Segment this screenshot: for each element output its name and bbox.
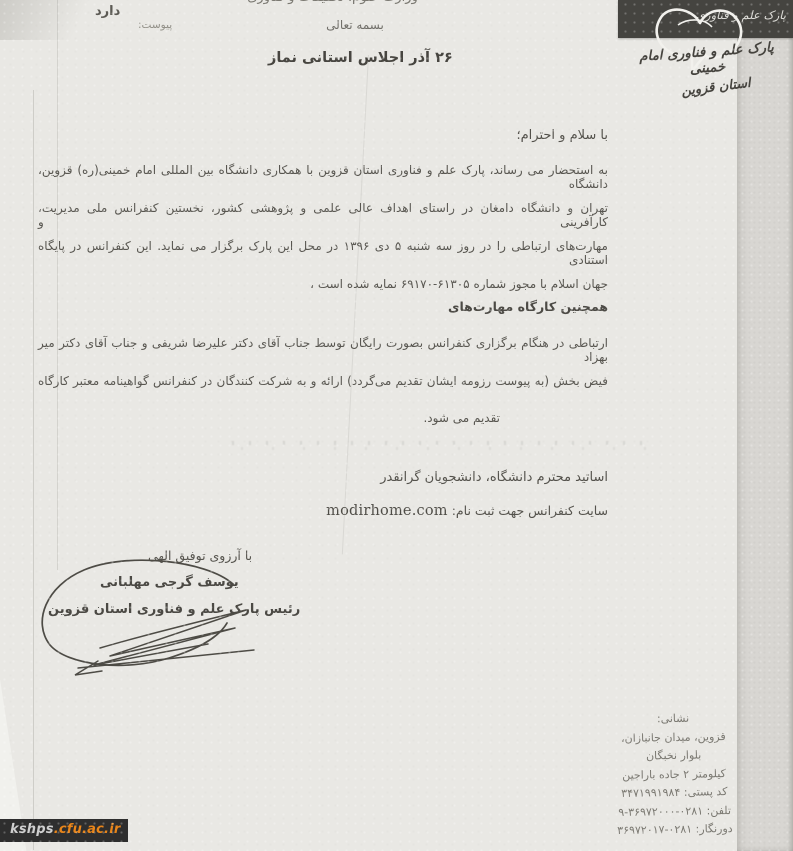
body-line: جهان اسلام با مجوز شماره ۶۱۳۰۵-۶۹۱۷۰ نما… xyxy=(310,277,608,291)
salutation-line: با سلام و احترام؛ xyxy=(517,128,609,143)
paragraph2-lead: همچنین کارگاه مهارت‌های xyxy=(448,299,608,314)
addressee-line: اساتید محترم دانشگاه، دانشجویان گرانقدر xyxy=(380,470,608,485)
website-line: سایت کنفرانس جهت ثبت نام: modirhome.com xyxy=(326,503,608,519)
crease-line xyxy=(342,55,369,554)
website-label: سایت کنفرانس جهت ثبت نام: xyxy=(452,503,608,518)
body-line: ارتباطی در هنگام برگزاری کنفرانس بصورت ر… xyxy=(38,336,608,364)
attachment-value: دارد xyxy=(95,4,120,19)
body-line: به استحضار می رساند، پارک علم و فناوری ا… xyxy=(38,163,608,191)
bleed-through-marks xyxy=(232,438,648,452)
ministry-header: وزارت علوم، تحقیقات و فناوری xyxy=(225,0,440,5)
subject-line: ۲۶ آذر اجلاس استانی نماز xyxy=(268,50,453,66)
website-url: modirhome.com xyxy=(326,503,448,519)
watermark-prefix: kshps xyxy=(10,822,54,837)
besmeleh-line: بسمه تعالی xyxy=(313,18,397,32)
address-line: کد پستی: ۳۴۷۱۹۹۱۹۸۴ xyxy=(600,783,748,804)
address-line: دورنگار: ۰۲۸۱-۳۶۹۷۲۰۱۷ xyxy=(601,820,749,841)
crease-line xyxy=(33,90,34,850)
body-line: تقدیم می شود. xyxy=(423,411,500,425)
scanned-letter-page: وزارت علوم، تحقیقات و فناوری دارد پیوست:… xyxy=(0,0,793,851)
signature-scribble-icon xyxy=(28,552,263,680)
address-line: قزوین، میدان جانبازان، xyxy=(599,727,747,748)
watermark-suffix: .cfu.ac.ir xyxy=(54,822,121,837)
crease-line xyxy=(57,0,58,570)
address-block: نشانی: قزوین، میدان جانبازان، بلوار نخبگ… xyxy=(599,709,749,841)
body-line: تهران و دانشگاه دامغان در راستای اهداف ع… xyxy=(38,201,608,229)
body-line: مهارت‌های ارتباطی را در روز سه شنبه ۵ دی… xyxy=(38,239,608,267)
body-line: فیض بخش (به پیوست رزومه ایشان تقدیم می‌گ… xyxy=(38,374,608,388)
attachment-label: پیوست: xyxy=(138,19,172,31)
watermark-bar: kshps.cfu.ac.ir xyxy=(0,819,128,842)
